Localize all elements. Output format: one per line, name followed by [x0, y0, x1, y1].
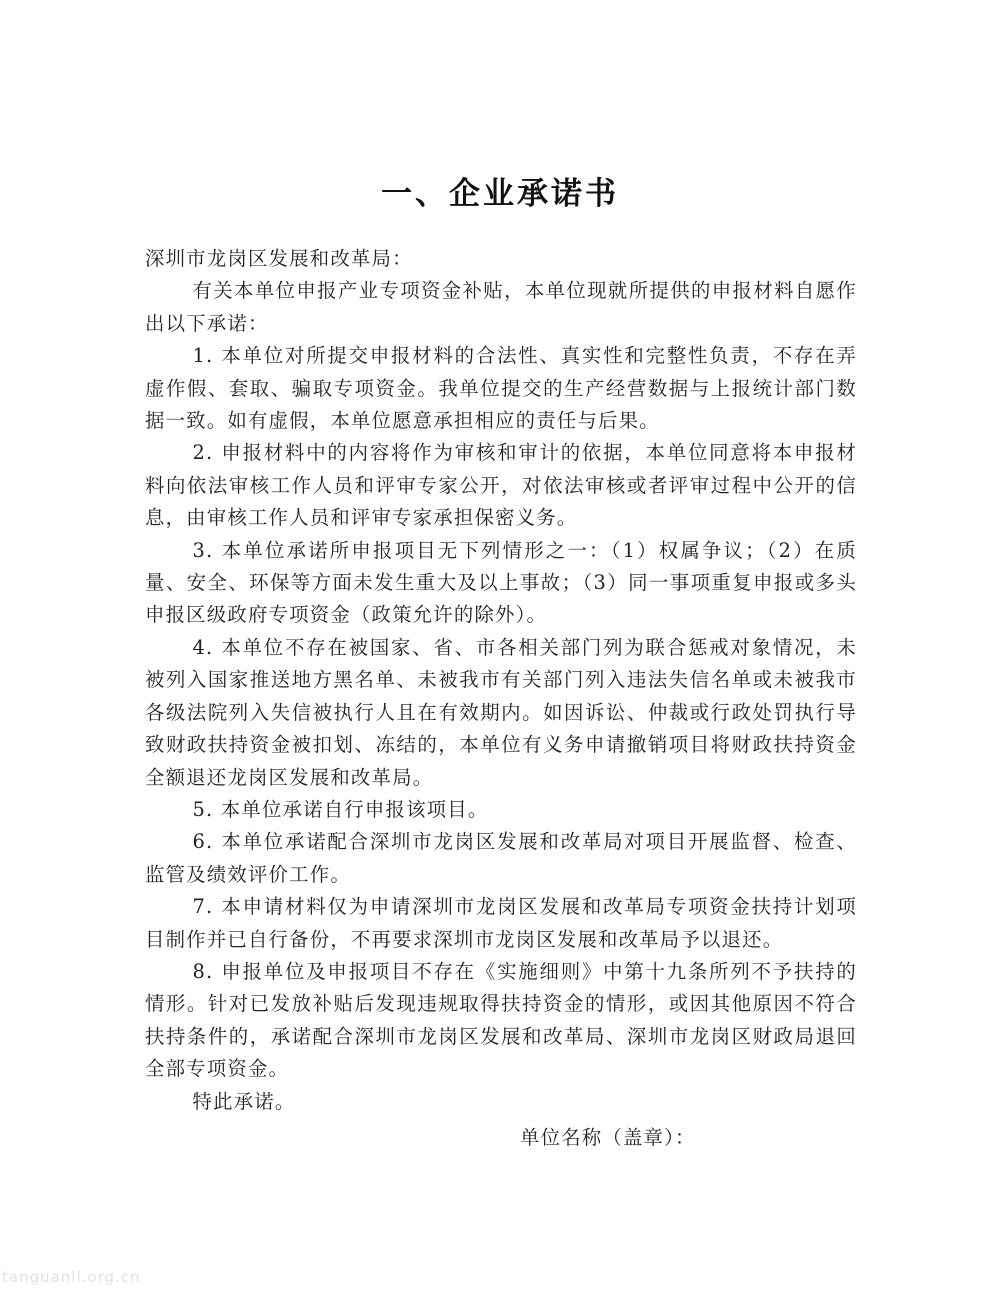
signature-label: 单位名称（盖章）： — [520, 1122, 696, 1154]
intro-paragraph: 有关本单位申报产业专项资金补贴，本单位现就所提供的申报材料自愿作出以下承诺： — [145, 275, 857, 340]
commitment-item-1: 1. 本单位对所提交申报材料的合法性、真实性和完整性负责，不存在弄虚作假、套取、… — [145, 340, 857, 437]
commitment-item-7: 7. 本申请材料仅为申请深圳市龙岗区发展和改革局专项资金扶持计划项目制作并已自行… — [145, 891, 857, 956]
watermark-text: tanguanli.org.cn — [2, 1268, 141, 1286]
commitment-item-4: 4. 本单位不存在被国家、省、市各相关部门列为联合惩戒对象情况，未被列入国家推送… — [145, 632, 857, 794]
document-page: 一、企业承诺书 深圳市龙岗区发展和改革局： 有关本单位申报产业专项资金补贴，本单… — [0, 0, 1000, 1294]
commitment-item-2: 2. 申报材料中的内容将作为审核和审计的依据，本单位同意将本申报材料向依法审核工… — [145, 437, 857, 534]
document-title: 一、企业承诺书 — [0, 172, 1000, 216]
commitment-item-6: 6. 本单位承诺配合深圳市龙岗区发展和改革局对项目开展监督、检查、监管及绩效评价… — [145, 826, 857, 891]
commitment-item-5: 5. 本单位承诺自行申报该项目。 — [145, 794, 857, 826]
commitment-item-8: 8. 申报单位及申报项目不存在《实施细则》中第十九条所列不予扶持的情形。针对已发… — [145, 956, 857, 1086]
commitment-item-3: 3. 本单位承诺所申报项目无下列情形之一：（1）权属争议；（2）在质量、安全、环… — [145, 535, 857, 632]
closing-statement: 特此承诺。 — [145, 1086, 857, 1118]
addressee: 深圳市龙岗区发展和改革局： — [145, 243, 857, 275]
document-body: 深圳市龙岗区发展和改革局： 有关本单位申报产业专项资金补贴，本单位现就所提供的申… — [145, 243, 857, 1118]
